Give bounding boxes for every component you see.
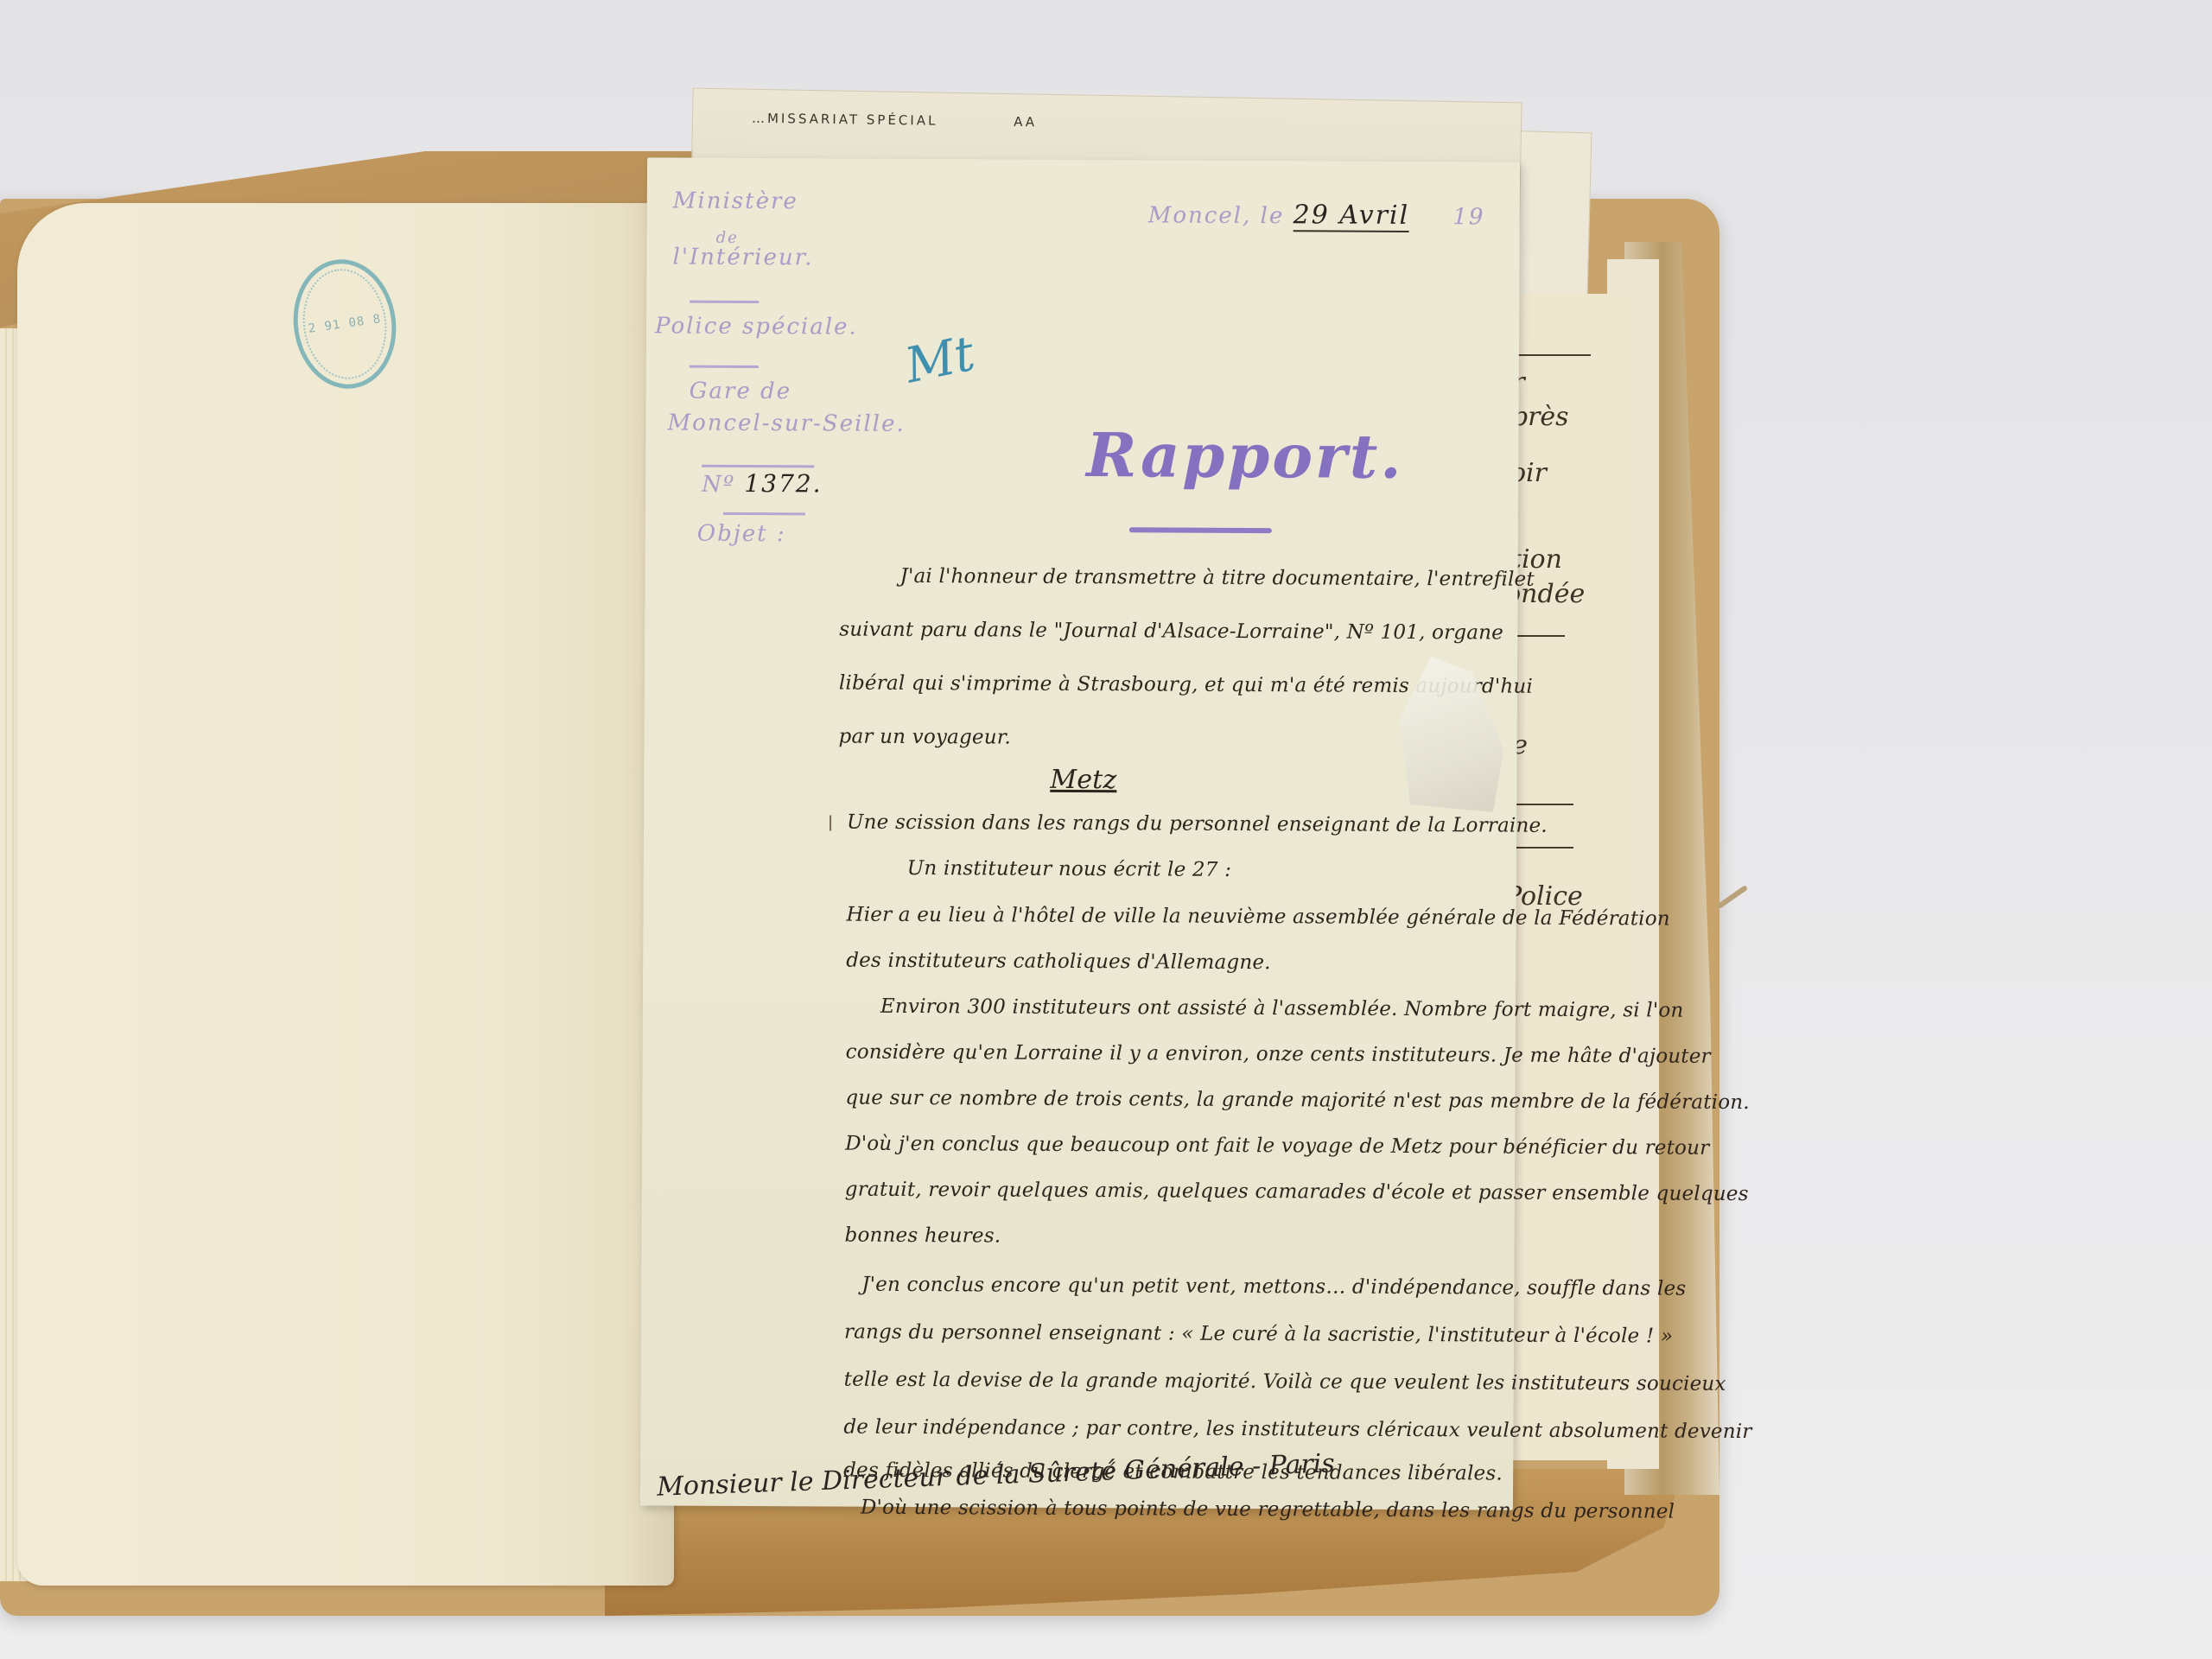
letterhead-service: Police spéciale. [655, 313, 858, 340]
report-number: Nº 1372. [702, 469, 823, 499]
number-value: 1372. [744, 469, 822, 498]
date-value: 29 Avril [1293, 200, 1409, 232]
article-headline: Une scission dans les rangs du personnel… [847, 811, 1548, 837]
letterhead-station-name: Moncel-sur-Seille. [667, 410, 905, 436]
pencil-annotation: Mt [900, 326, 979, 395]
body-line: telle est la devise de la grande majorit… [844, 1369, 1726, 1395]
body-line: de leur indépendance ; par contre, les i… [843, 1416, 1751, 1444]
back-sheet-mark: AA [1014, 114, 1037, 130]
body-line: considère qu'en Lorraine il y a environ,… [846, 1041, 1711, 1068]
body-line: D'où une scission à tous points de vue r… [861, 1497, 1675, 1523]
number-label: Nº [702, 472, 735, 498]
body-line: gratuit, revoir quelques amis, quelques … [845, 1179, 1749, 1205]
letterhead-interior: l'Intérieur. [672, 245, 813, 271]
stamp-text: 2 91 08 8 [308, 312, 382, 336]
body-line: rangs du personnel enseignant : « Le cur… [844, 1321, 1673, 1348]
body-line: des instituteurs catholiques d'Allemagne… [846, 950, 1271, 975]
body-line: que sur ce nombre de trois cents, la gra… [845, 1087, 1750, 1114]
report-sheet: Ministère de l'Intérieur. Police spécial… [640, 157, 1520, 1510]
letterhead-rule [723, 512, 805, 515]
object-label: Objet : [697, 521, 786, 548]
body-line: Environ 300 instituteurs ont assisté à l… [880, 995, 1684, 1022]
letterhead-ministry: Ministère [673, 188, 798, 215]
body-line: Hier a eu lieu à l'hôtel de ville la neu… [846, 904, 1669, 931]
left-page [17, 203, 674, 1586]
intro-line: J'ai l'honneur de transmettre à titre do… [899, 565, 1534, 591]
year-prefix: 19 [1452, 204, 1484, 230]
title-underline [1129, 527, 1272, 533]
paper-debris [1717, 885, 1748, 909]
letterhead-rule [702, 465, 814, 468]
article-byline: Un instituteur nous écrit le 27 : [907, 857, 1231, 881]
report-title: Rapport. [1086, 419, 1404, 493]
section-heading: Metz [1050, 765, 1116, 795]
intro-line: suivant paru dans le "Journal d'Alsace-L… [839, 619, 1503, 645]
letterhead-rule [690, 365, 759, 368]
letterhead-station: Gare de [690, 378, 792, 405]
place-date: Moncel, le 29 Avril 19 [1148, 199, 1485, 231]
body-line: bonnes heures. [844, 1224, 1001, 1248]
intro-line: par un voyageur. [839, 726, 1011, 749]
place-label: Moncel, le [1148, 202, 1285, 229]
letterhead-rule [690, 301, 759, 303]
body-line: D'où j'en conclus que beaucoup ont fait … [845, 1133, 1709, 1160]
body-line: J'en conclus encore qu'un petit vent, me… [861, 1274, 1686, 1300]
